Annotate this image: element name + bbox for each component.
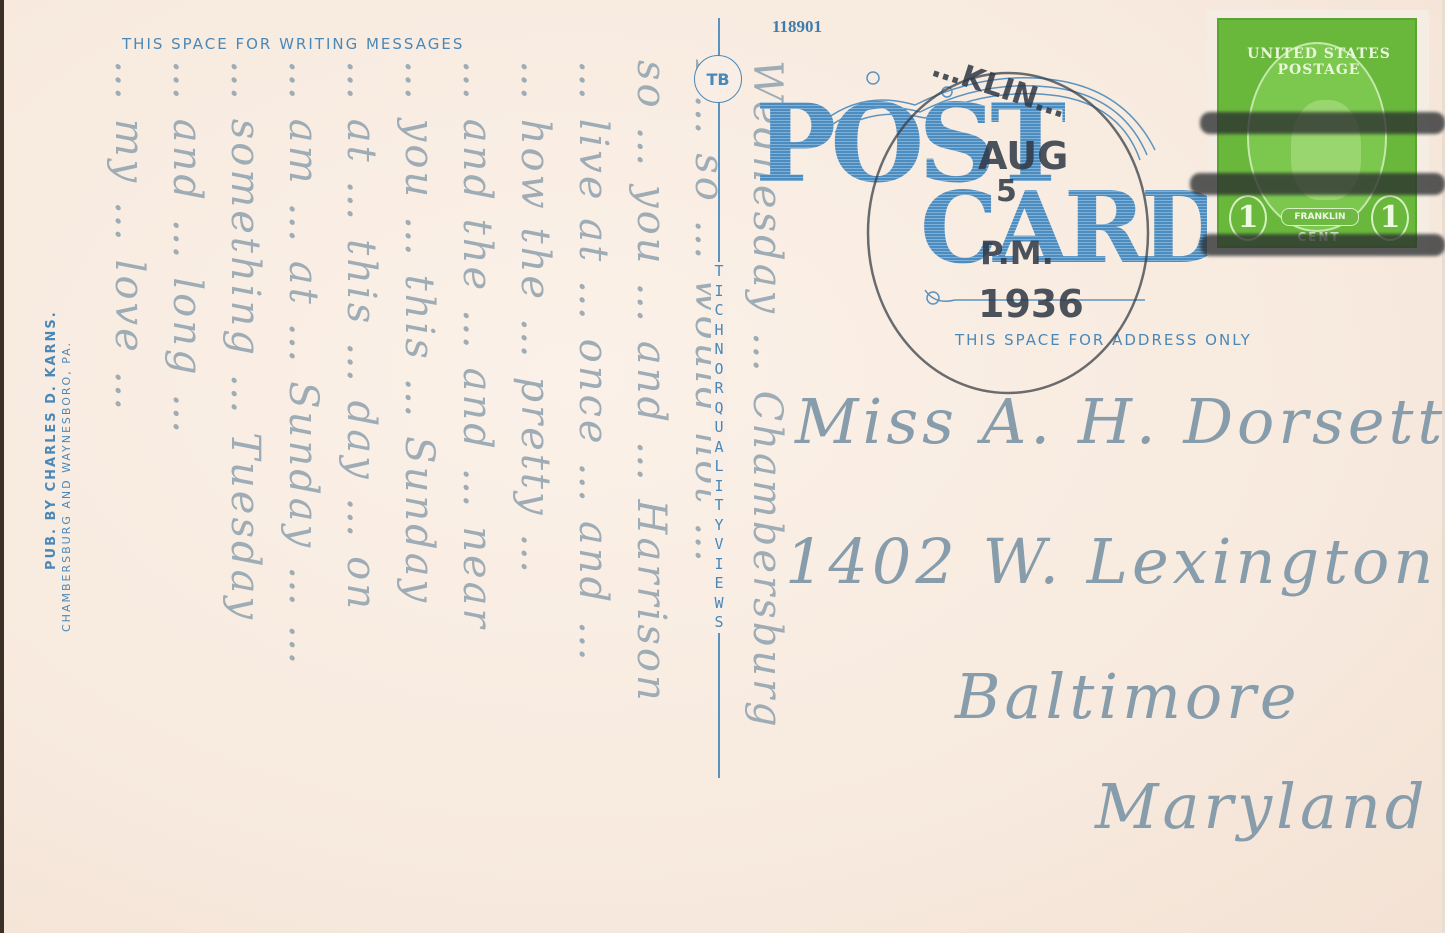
cancellation-bar bbox=[1190, 173, 1445, 195]
cancellation-bar bbox=[1200, 234, 1445, 256]
message-line: … and the … and … near bbox=[454, 60, 500, 631]
message-line: … at … this … day … on bbox=[338, 60, 384, 612]
message-line: … am … at … Sunday … … bbox=[280, 60, 326, 668]
message-line: so … you … and … Harrison bbox=[628, 60, 674, 704]
address-line-street: 1402 W. Lexington bbox=[785, 525, 1437, 598]
message-area-header: THIS SPACE FOR WRITING MESSAGES bbox=[122, 35, 464, 53]
postmark-day: 5 bbox=[996, 174, 1017, 209]
postmark-ring-icon bbox=[860, 58, 1160, 403]
address-line-city: Baltimore bbox=[955, 660, 1301, 733]
card-edge bbox=[0, 0, 4, 933]
message-line: … something … Tuesday bbox=[222, 60, 268, 622]
divider-text: TICHNOR QUALITY VIEWS bbox=[711, 262, 727, 633]
message-line: … and … long … bbox=[164, 60, 210, 436]
postmark-time: P.M. bbox=[980, 234, 1054, 272]
message-line: … my … love … bbox=[106, 60, 152, 414]
publisher-location: CHAMBERSBURG AND WAYNESBORO, PA. bbox=[60, 341, 73, 632]
stamp-portrait-name: FRANKLIN bbox=[1281, 208, 1359, 226]
address-line-state: Maryland bbox=[1095, 770, 1429, 843]
publisher-logo-icon: TB bbox=[694, 55, 742, 103]
message-line: … you … this … Sunday bbox=[396, 60, 442, 605]
postmark: AUG 5 P.M. 1936 …KLIN… bbox=[860, 58, 1160, 403]
message-line: … live at … once … and … bbox=[570, 60, 616, 664]
message-line: … how the … pretty … bbox=[512, 60, 558, 576]
cancellation-bar bbox=[1200, 112, 1445, 134]
publisher-name: PUB. BY CHARLES D. KARNS. bbox=[44, 310, 59, 570]
postmark-year: 1936 bbox=[978, 282, 1084, 326]
stamp-country: UNITED STATES POSTAGE bbox=[1234, 46, 1404, 78]
serial-number: 118901 bbox=[772, 17, 822, 37]
postcard-back: THIS SPACE FOR WRITING MESSAGES PUB. BY … bbox=[0, 0, 1445, 933]
address-line-name: Miss A. H. Dorsett bbox=[795, 385, 1445, 458]
postmark-month: AUG bbox=[978, 134, 1068, 178]
